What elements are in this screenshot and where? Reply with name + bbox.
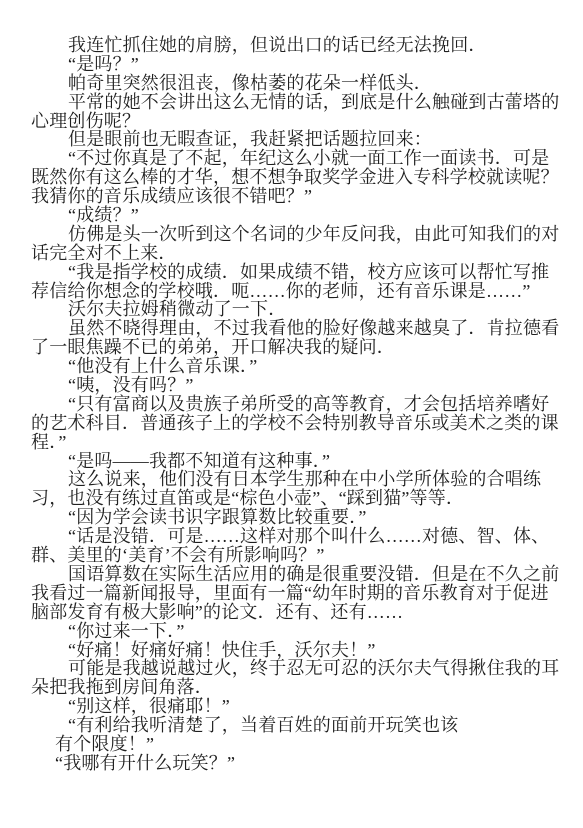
text-line: 这么说来，他们没有日本学生那种在中小学所体验的合唱练: [31, 470, 553, 489]
text-line: “成绩？”: [31, 206, 553, 225]
text-line: 沃尔夫拉姆稍微动了一下．: [31, 300, 553, 319]
text-line: 可能是我越说越过火，终于忍无可忍的沃尔夫气得揪住我的耳: [31, 659, 553, 678]
text-line: 心理创伤呢？: [31, 112, 553, 131]
text-line: “我是指学校的成绩．如果成绩不错，校方应该可以帮忙写推: [31, 263, 553, 282]
text-line: “别这样，很痛耶！”: [31, 697, 553, 716]
text-line: “是吗——我都不知道有这种事．”: [31, 452, 553, 471]
text-line: 帕奇里突然很沮丧，像枯萎的花朵一样低头．: [31, 74, 553, 93]
text-line: 荐信给你想念的学校哦．呃……你的老师，还有音乐课是……”: [31, 282, 553, 301]
text-line: 脑部发育有极大影响”的论文．还有、还有……: [31, 603, 553, 622]
text-line: “只有富商以及贵族子弟所受的高等教育，才会包括培养嗜好: [31, 395, 553, 414]
text-line: “他没有上什么音乐课．”: [31, 357, 553, 376]
text-line: 仿佛是头一次听到这个名词的少年反问我，由此可知我们的对: [31, 225, 553, 244]
text-line: “是吗？”: [31, 55, 553, 74]
text-line: 朵把我拖到房间角落．: [31, 678, 553, 697]
text-line: “不过你真是了不起，年纪这么小就一面工作一面读书．可是: [31, 149, 553, 168]
text-line: 国语算数在实际生活应用的确是很重要没错．但是在不久之前: [31, 565, 553, 584]
text-line: “好痛！好痛好痛！快住手，沃尔夫！”: [31, 641, 553, 660]
text-line: 话完全对不上来．: [31, 244, 553, 263]
text-line: 虽然不晓得理由，不过我看他的脸好像越来越臭了．肯拉德看: [31, 319, 553, 338]
text-line: 群、美里的‘美育’不会有所影响吗？”: [31, 546, 553, 565]
text-line: 我连忙抓住她的肩膀，但说出口的话已经无法挽回．: [31, 36, 553, 55]
text-line: “因为学会读书识字跟算数比较重要．”: [31, 508, 553, 527]
text-line: “话是没错．可是……这样对那个叫什么……对德、智、体、: [31, 527, 553, 546]
text-line: 程．”: [31, 433, 553, 452]
text-line: 既然你有这么棒的才华，想不想争取奖学金进入专科学校就读呢？: [31, 168, 553, 187]
text-line: 我猜你的音乐成绩应该很不错吧？”: [31, 187, 553, 206]
text-line: “你过来一下．”: [31, 622, 553, 641]
text-line: 但是眼前也无暇查证，我赶紧把话题拉回来：: [31, 130, 553, 149]
text-line: 我看过一篇新闻报导，里面有一篇“幼年时期的音乐教育对于促进: [31, 584, 553, 603]
page-text: 我连忙抓住她的肩膀，但说出口的话已经无法挽回．“是吗？”帕奇里突然很沮丧，像枯萎…: [31, 36, 553, 773]
text-line: 有个限度！”: [31, 735, 553, 754]
text-line: 习，也没有练过直笛或是“棕色小壶”、“踩到猫”等等．: [31, 489, 553, 508]
text-line: 的艺术科目．普通孩子上的学校不会特别教导音乐或美术之类的课: [31, 414, 553, 433]
novel-page: 我连忙抓住她的肩膀，但说出口的话已经无法挽回．“是吗？”帕奇里突然很沮丧，像枯萎…: [0, 0, 583, 828]
text-line: 了一眼焦躁不已的弟弟，开口解决我的疑问．: [31, 338, 553, 357]
text-line: “咦，没有吗？”: [31, 376, 553, 395]
text-line: “我哪有开什么玩笑？”: [31, 754, 553, 773]
text-line: 平常的她不会讲出这么无情的话，到底是什么触碰到古蕾塔的: [31, 93, 553, 112]
text-line: “有利给我听清楚了，当着百姓的面前开玩笑也该: [31, 716, 553, 735]
